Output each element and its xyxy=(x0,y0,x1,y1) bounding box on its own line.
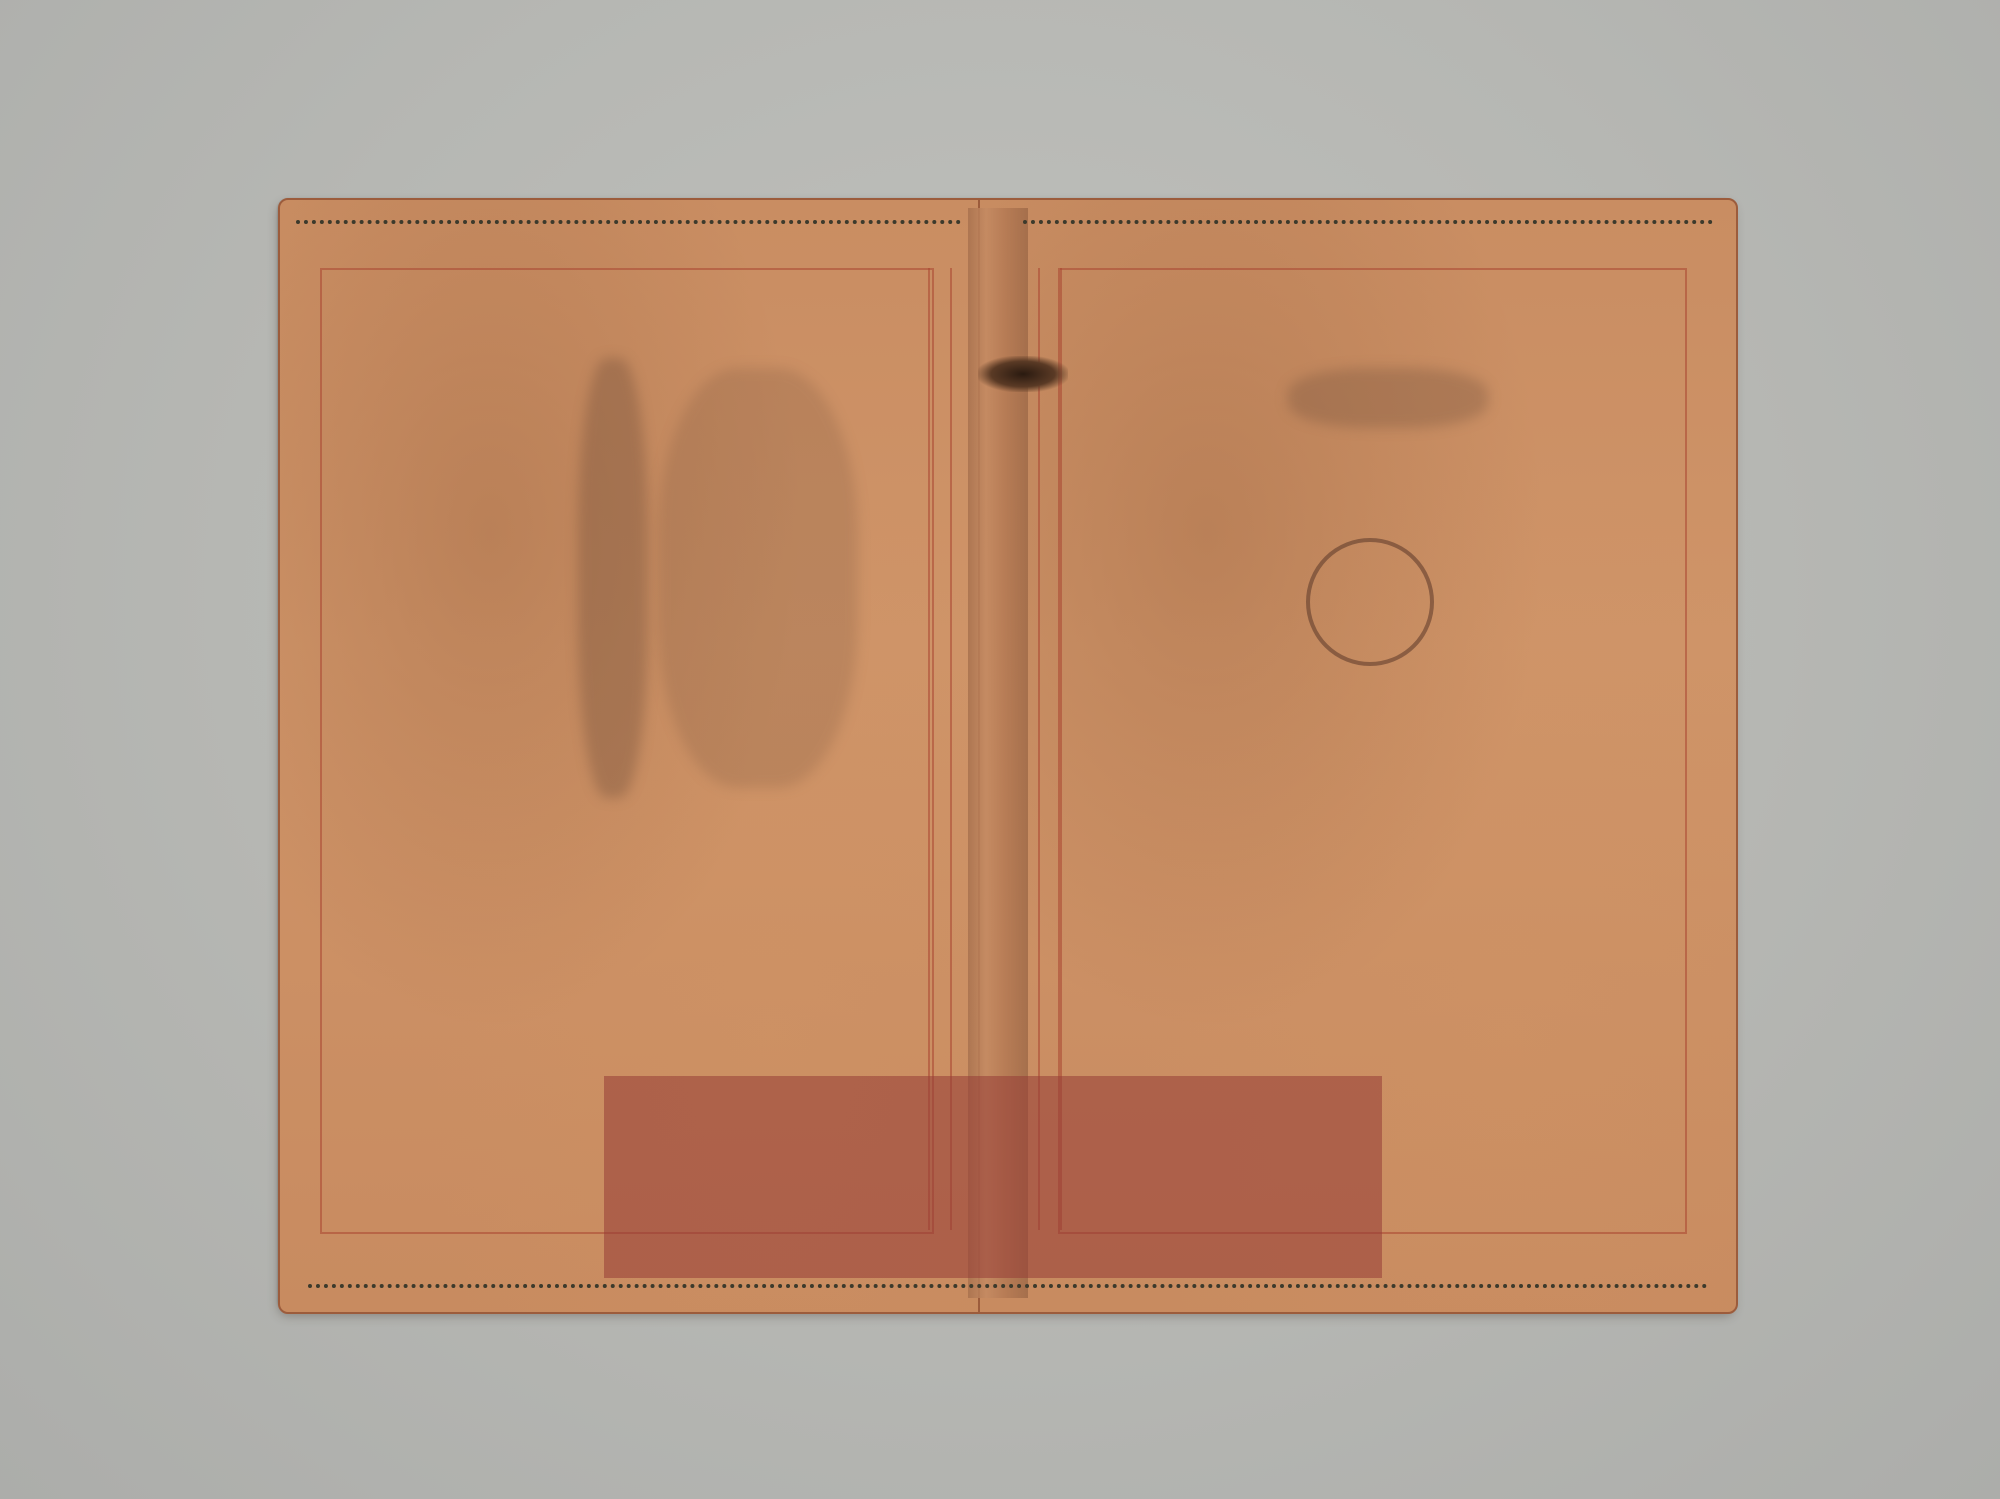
stain-patch xyxy=(658,368,858,788)
right-stain xyxy=(1288,368,1488,428)
top-stitching-left xyxy=(296,220,961,224)
bottom-stitching xyxy=(308,1284,1708,1288)
top-stitching-right xyxy=(1023,220,1713,224)
red-stain-band xyxy=(604,1076,1382,1278)
torn-hole xyxy=(978,356,1068,392)
dark-stain xyxy=(578,358,648,798)
leather-wallet xyxy=(278,198,1734,1310)
coin-impression xyxy=(1306,538,1434,666)
